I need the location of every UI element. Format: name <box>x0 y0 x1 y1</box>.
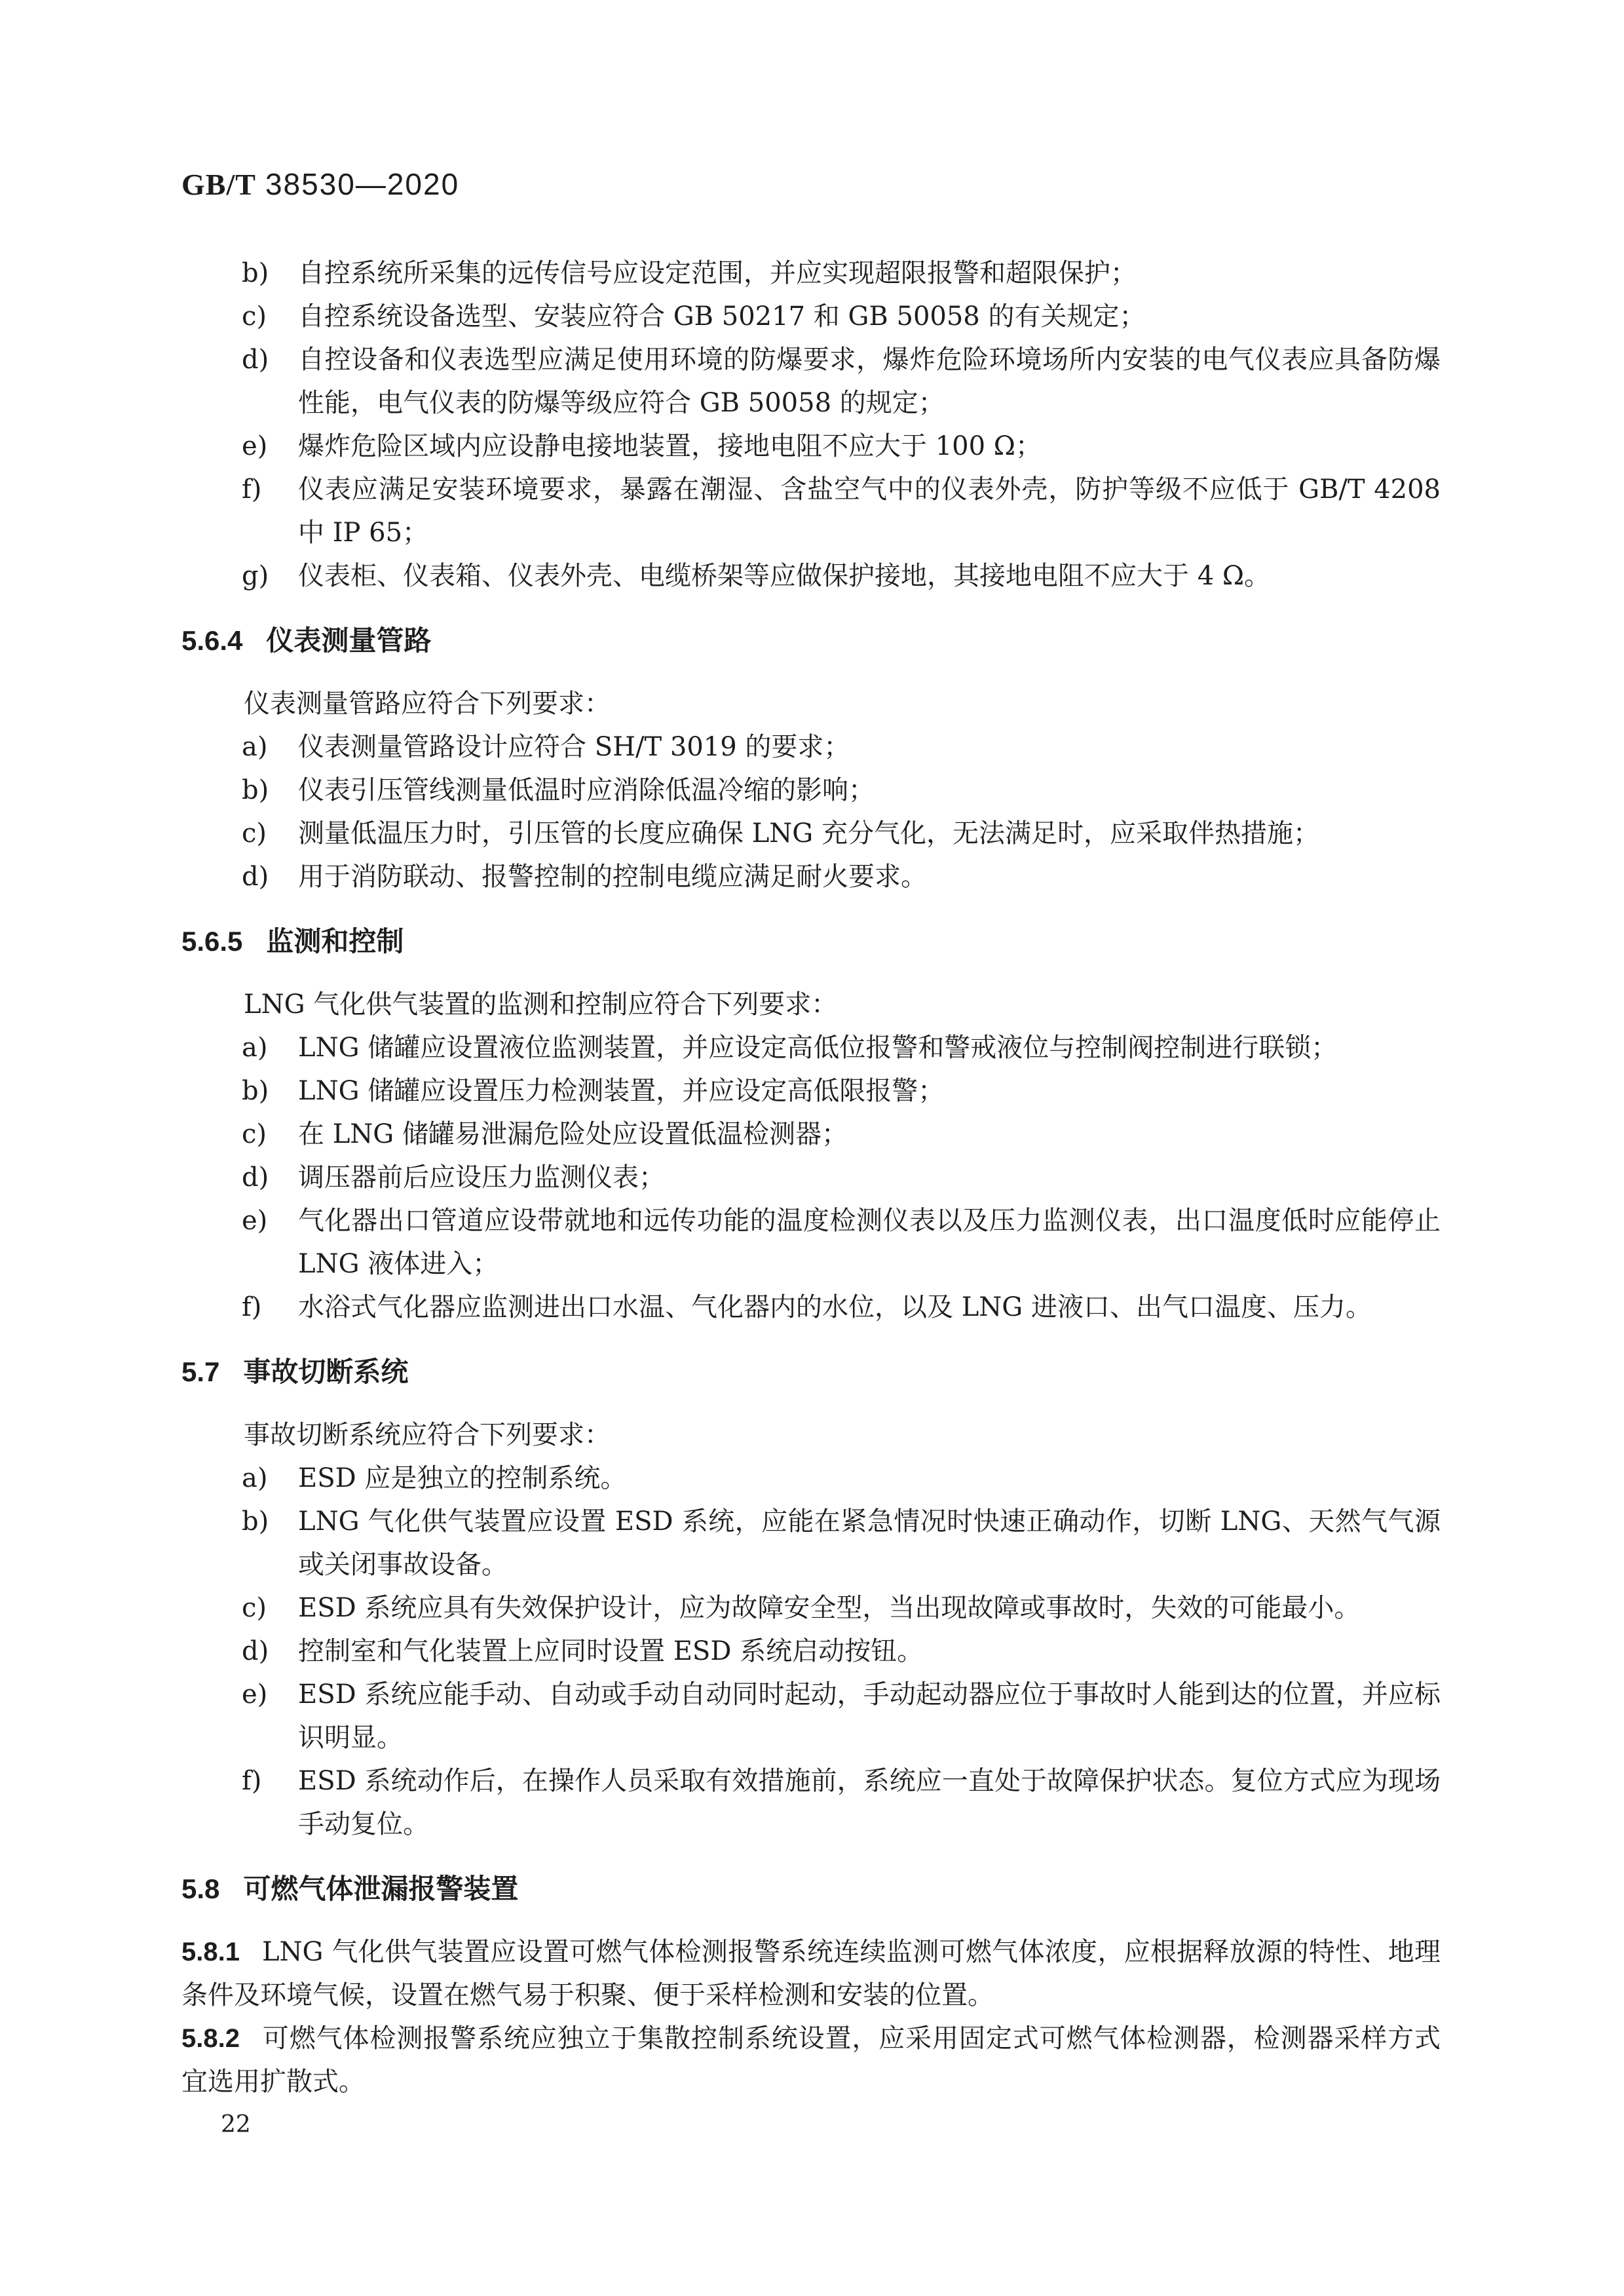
list-item-label: b) <box>242 1069 269 1113</box>
continued-lettered-list: b) 自控系统所采集的远传信号应设定范围，并应实现超限报警和超限保护； c) 自… <box>181 252 1441 598</box>
section-intro: LNG 气化供气装置的监测和控制应符合下列要求： <box>181 983 1441 1026</box>
list-item: e) 爆炸危险区域内应设静电接地装置，接地电阻不应大于 100 Ω； <box>181 425 1441 468</box>
list-item-text: ESD 系统应能手动、自动或手动自动同时起动，手动起动器应位于事故时人能到达的位… <box>298 1679 1441 1753</box>
section-heading-5-7: 5.7事故切断系统 <box>181 1350 1441 1394</box>
list-item: d) 用于消防联动、报警控制的控制电缆应满足耐火要求。 <box>181 855 1441 898</box>
list-item-label: d) <box>242 1156 269 1199</box>
section-title: 事故切断系统 <box>243 1356 408 1387</box>
section-number: 5.6.5 <box>181 926 242 957</box>
page-content: GB/T38530—2020 b) 自控系统所采集的远传信号应设定范围，并应实现… <box>181 168 1441 2147</box>
list-item-text: 用于消防联动、报警控制的控制电缆应满足耐火要求。 <box>298 862 927 892</box>
list-item-label: d) <box>242 338 269 381</box>
list-item-text: 调压器前后应设压力监测仪表； <box>298 1162 665 1193</box>
list-item-text: LNG 气化供气装置应设置 ESD 系统，应能在紧急情况时快速正确动作，切断 L… <box>298 1506 1441 1580</box>
clause-text: 可燃气体检测报警系统应独立于集散控制系统设置，应采用固定式可燃气体检测器，检测器… <box>181 2023 1441 2097</box>
section-number: 5.6.4 <box>181 625 242 656</box>
list-item-text: 测量低温压力时，引压管的长度应确保 LNG 充分气化，无法满足时，应采取伴热措施… <box>298 818 1319 849</box>
list-item-label: a) <box>242 725 267 769</box>
list-item-text: 仪表测量管路设计应符合 SH/T 3019 的要求； <box>298 732 850 762</box>
list-item-text: ESD 应是独立的控制系统。 <box>298 1463 626 1493</box>
list-item: e) ESD 系统应能手动、自动或手动自动同时起动，手动起动器应位于事故时人能到… <box>181 1673 1441 1759</box>
list-item: f) ESD 系统动作后，在操作人员采取有效措施前，系统应一直处于故障保护状态。… <box>181 1759 1441 1846</box>
section-5-6-4-list: a) 仪表测量管路设计应符合 SH/T 3019 的要求； b) 仪表引压管线测… <box>181 725 1441 898</box>
section-intro: 仪表测量管路应符合下列要求： <box>181 682 1441 725</box>
list-item-text: 自控系统设备选型、安装应符合 GB 50217 和 GB 50058 的有关规定… <box>298 301 1145 332</box>
list-item-label: g) <box>242 554 269 598</box>
list-item-text: 气化器出口管道应设带就地和远传功能的温度检测仪表以及压力监测仪表，出口温度低时应… <box>298 1206 1441 1279</box>
list-item-text: 仪表应满足安装环境要求，暴露在潮湿、含盐空气中的仪表外壳，防护等级不应低于 GB… <box>298 474 1441 548</box>
list-item: b) 仪表引压管线测量低温时应消除低温冷缩的影响； <box>181 769 1441 812</box>
list-item: e) 气化器出口管道应设带就地和远传功能的温度检测仪表以及压力监测仪表，出口温度… <box>181 1199 1441 1286</box>
list-item: b) LNG 气化供气装置应设置 ESD 系统，应能在紧急情况时快速正确动作，切… <box>181 1500 1441 1586</box>
list-item: a) ESD 应是独立的控制系统。 <box>181 1457 1441 1500</box>
clause-text: LNG 气化供气装置应设置可燃气体检测报警系统连续监测可燃气体浓度，应根据释放源… <box>181 1937 1441 2010</box>
list-item: a) 仪表测量管路设计应符合 SH/T 3019 的要求； <box>181 725 1441 769</box>
list-item-label: c) <box>242 1586 267 1630</box>
section-title: 仪表测量管路 <box>266 625 431 656</box>
list-item-label: f) <box>242 1759 261 1803</box>
section-heading-5-8: 5.8可燃气体泄漏报警装置 <box>181 1867 1441 1911</box>
list-item-text: 在 LNG 储罐易泄漏危险处应设置低温检测器； <box>298 1119 848 1149</box>
list-item-text: 控制室和气化装置上应同时设置 ESD 系统启动按钮。 <box>298 1636 923 1666</box>
list-item-label: b) <box>242 769 269 812</box>
page-number: 22 <box>181 2103 1441 2147</box>
section-title: 监测和控制 <box>266 926 404 957</box>
list-item-text: 爆炸危险区域内应设静电接地装置，接地电阻不应大于 100 Ω； <box>298 431 1042 461</box>
clause-paragraph-5-8-1: 5.8.1LNG 气化供气装置应设置可燃气体检测报警系统连续监测可燃气体浓度，应… <box>181 1930 1441 2017</box>
list-item: c) 测量低温压力时，引压管的长度应确保 LNG 充分气化，无法满足时，应采取伴… <box>181 812 1441 855</box>
document-page: GB/T38530—2020 b) 自控系统所采集的远传信号应设定范围，并应实现… <box>0 0 1624 2296</box>
section-5-6-5-list: a) LNG 储罐应设置液位监测装置，并应设定高低位报警和警戒液位与控制阀控制进… <box>181 1026 1441 1329</box>
section-5-7-list: a) ESD 应是独立的控制系统。 b) LNG 气化供气装置应设置 ESD 系… <box>181 1457 1441 1846</box>
list-item-text: 仪表柜、仪表箱、仪表外壳、电缆桥架等应做保护接地，其接地电阻不应大于 4 Ω。 <box>298 561 1270 591</box>
list-item-text: LNG 储罐应设置液位监测装置，并应设定高低位报警和警戒液位与控制阀控制进行联锁… <box>298 1033 1337 1063</box>
list-item: d) 控制室和气化装置上应同时设置 ESD 系统启动按钮。 <box>181 1630 1441 1673</box>
list-item: b) 自控系统所采集的远传信号应设定范围，并应实现超限报警和超限保护； <box>181 252 1441 295</box>
list-item-label: b) <box>242 252 269 295</box>
section-number: 5.7 <box>181 1356 219 1387</box>
standard-code-header: GB/T38530—2020 <box>181 168 1441 201</box>
list-item-label: d) <box>242 855 269 898</box>
list-item-text: 水浴式气化器应监测进出口水温、气化器内的水位，以及 LNG 进液口、出气口温度、… <box>298 1292 1372 1322</box>
list-item: c) 自控系统设备选型、安装应符合 GB 50217 和 GB 50058 的有… <box>181 295 1441 338</box>
list-item: d) 自控设备和仪表选型应满足使用环境的防爆要求，爆炸危险环境场所内安装的电气仪… <box>181 338 1441 425</box>
list-item-text: 仪表引压管线测量低温时应消除低温冷缩的影响； <box>298 775 875 805</box>
list-item-text: ESD 系统动作后，在操作人员采取有效措施前，系统应一直处于故障保护状态。复位方… <box>298 1766 1441 1839</box>
list-item: b) LNG 储罐应设置压力检测装置，并应设定高低限报警； <box>181 1069 1441 1113</box>
list-item-label: d) <box>242 1630 269 1673</box>
clause-paragraph-5-8-2: 5.8.2可燃气体检测报警系统应独立于集散控制系统设置，应采用固定式可燃气体检测… <box>181 2017 1441 2103</box>
list-item-label: c) <box>242 295 267 338</box>
list-item-label: e) <box>242 425 267 468</box>
list-item: c) ESD 系统应具有失效保护设计，应为故障安全型，当出现故障或事故时，失效的… <box>181 1586 1441 1630</box>
list-item-label: e) <box>242 1199 267 1242</box>
standard-code-number: 38530—2020 <box>265 167 459 201</box>
list-item-label: b) <box>242 1500 269 1543</box>
list-item: g) 仪表柜、仪表箱、仪表外壳、电缆桥架等应做保护接地，其接地电阻不应大于 4 … <box>181 554 1441 598</box>
clause-number: 5.8.2 <box>181 2024 240 2053</box>
standard-code-prefix: GB/T <box>181 168 256 201</box>
section-intro: 事故切断系统应符合下列要求： <box>181 1413 1441 1457</box>
list-item-label: c) <box>242 1113 267 1156</box>
list-item-label: c) <box>242 812 267 855</box>
list-item-text: 自控系统所采集的远传信号应设定范围，并应实现超限报警和超限保护； <box>298 258 1137 288</box>
list-item-label: a) <box>242 1026 267 1069</box>
list-item: f) 仪表应满足安装环境要求，暴露在潮湿、含盐空气中的仪表外壳，防护等级不应低于… <box>181 468 1441 554</box>
section-heading-5-6-5: 5.6.5监测和控制 <box>181 920 1441 963</box>
list-item-label: f) <box>242 468 261 511</box>
list-item: a) LNG 储罐应设置液位监测装置，并应设定高低位报警和警戒液位与控制阀控制进… <box>181 1026 1441 1069</box>
list-item-label: a) <box>242 1457 267 1500</box>
list-item: f) 水浴式气化器应监测进出口水温、气化器内的水位，以及 LNG 进液口、出气口… <box>181 1286 1441 1329</box>
list-item-label: f) <box>242 1286 261 1329</box>
clause-number: 5.8.1 <box>181 1938 240 1966</box>
list-item-label: e) <box>242 1673 267 1716</box>
list-item-text: LNG 储罐应设置压力检测装置，并应设定高低限报警； <box>298 1076 944 1106</box>
list-item-text: ESD 系统应具有失效保护设计，应为故障安全型，当出现故障或事故时，失效的可能最… <box>298 1593 1360 1623</box>
list-item: c) 在 LNG 储罐易泄漏危险处应设置低温检测器； <box>181 1113 1441 1156</box>
section-number: 5.8 <box>181 1873 219 1904</box>
section-title: 可燃气体泄漏报警装置 <box>243 1873 518 1904</box>
section-heading-5-6-4: 5.6.4仪表测量管路 <box>181 619 1441 662</box>
list-item-text: 自控设备和仪表选型应满足使用环境的防爆要求，爆炸危险环境场所内安装的电气仪表应具… <box>298 345 1441 418</box>
list-item: d) 调压器前后应设压力监测仪表； <box>181 1156 1441 1199</box>
